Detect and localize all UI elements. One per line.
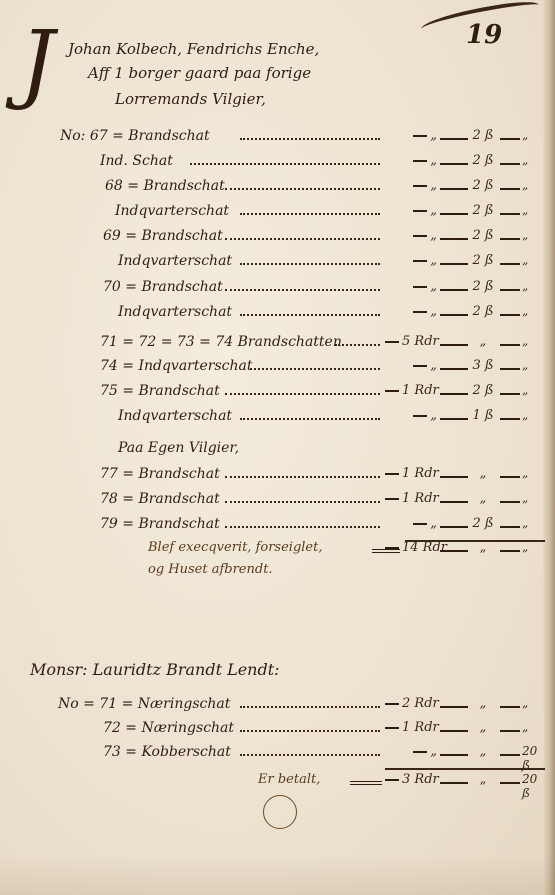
amount-rdr: 2 Rdr (385, 696, 437, 711)
dash (500, 476, 520, 478)
row-label: 75 = Brandschat (100, 383, 220, 399)
dash (500, 706, 520, 708)
leader-dots (240, 754, 380, 758)
dash (500, 188, 520, 190)
leader-dots (225, 289, 380, 293)
leader-dots (190, 163, 380, 167)
dash (440, 289, 468, 291)
amount-rdr: 1 Rdr (385, 466, 437, 481)
page-number: 19 (466, 20, 502, 50)
amount-penning: „ (522, 178, 544, 192)
section2-header: Monsr: Lauridtz Brandt Lendt: (30, 660, 280, 679)
leader-dots (240, 730, 380, 734)
ledger-row: 68 = Brandschat „ 2 ß „ (0, 178, 555, 202)
dash (440, 476, 468, 478)
dash (500, 344, 520, 346)
dash (500, 314, 520, 316)
dash (500, 730, 520, 732)
amount-rdr: „ (385, 408, 437, 423)
note-line-2: og Huset afbrendt. (148, 562, 273, 577)
ledger-row: 75 = Brandschat 1 Rdr 2 ß „ (0, 383, 555, 407)
amount-penning: „ (522, 491, 544, 505)
pen-flourish (263, 795, 297, 829)
ledger-row: Indqvarterschat „ 1 ß „ (0, 408, 555, 432)
amount-penning: „ (522, 408, 544, 422)
dash (440, 238, 468, 240)
dash (500, 782, 520, 784)
dash (440, 213, 468, 215)
leader-dots (240, 418, 380, 422)
amount-penning: „ (522, 279, 544, 293)
amount-skilling: 2 ß (470, 516, 496, 531)
amount-penning: „ (522, 153, 544, 167)
amount-rdr: „ (385, 228, 437, 243)
amount-skilling: „ (470, 491, 496, 506)
amount-penning: „ (522, 383, 544, 397)
leader-dots (250, 368, 380, 372)
dash (440, 263, 468, 265)
amount-skilling: 2 ß (470, 279, 496, 294)
dash (500, 238, 520, 240)
ledger-row: 78 = Brandschat 1 Rdr „ „ (0, 491, 555, 515)
dash (440, 368, 468, 370)
sum-rule (385, 768, 545, 770)
amount-skilling: 2 ß (470, 153, 496, 168)
amount-rdr: 1 Rdr (385, 491, 437, 506)
row-label: No: 67 = Brandschat (60, 128, 210, 144)
amount-penning: „ (522, 304, 544, 318)
dash (500, 501, 520, 503)
amount-penning: „ (522, 696, 544, 710)
amount-rdr: 1 Rdr (385, 383, 437, 398)
leader-dots (240, 213, 380, 217)
ledger-row: 72 = Næringschat 1 Rdr „ „ (0, 720, 555, 744)
amount-rdr: „ (385, 253, 437, 268)
amount-penning: „ (522, 253, 544, 267)
dash (500, 213, 520, 215)
ledger-row: No: 67 = Brandschat „ 2 ß „ (0, 128, 555, 152)
ledger-row: Indqvarterschat „ 2 ß „ (0, 304, 555, 328)
total-skilling: „ (470, 772, 496, 787)
dash (440, 314, 468, 316)
row-label: 69 = Brandschat (103, 228, 223, 244)
dash (500, 418, 520, 420)
amount-penning: „ (522, 203, 544, 217)
amount-skilling: „ (470, 696, 496, 711)
ledger-row: No = 71 = Næringschat 2 Rdr „ „ (0, 696, 555, 720)
dash (440, 188, 468, 190)
amount-rdr: 1 Rdr (385, 720, 437, 735)
amount-skilling: „ (470, 466, 496, 481)
leader-dots (225, 501, 380, 505)
dash (440, 163, 468, 165)
row-label: No = 71 = Næringschat (58, 696, 230, 712)
dash (440, 393, 468, 395)
amount-rdr: „ (385, 153, 437, 168)
total-penning: 20 ß (522, 772, 544, 800)
row-label: Indqvarterschat (118, 253, 232, 269)
double-rule (350, 781, 382, 785)
leader-dots (240, 263, 380, 267)
dash (500, 368, 520, 370)
dash (440, 706, 468, 708)
amount-rdr: „ (385, 279, 437, 294)
total-row: 14 Rdr „ „ (0, 540, 555, 564)
ledger-row: Ind. Schat „ 2 ß „ (0, 153, 555, 177)
ledger-row: 73 = Kobberschat „ „ 20 ß (0, 744, 555, 768)
ledger-row: 77 = Brandschat 1 Rdr „ „ (0, 466, 555, 490)
page-shadow (0, 855, 555, 895)
amount-penning: „ (522, 358, 544, 372)
dash (500, 550, 520, 552)
leader-dots (240, 314, 380, 318)
row-label: Indqvarterschat (118, 408, 232, 424)
row-label: 68 = Brandschat (105, 178, 225, 194)
amount-rdr: „ (385, 178, 437, 193)
dash (500, 526, 520, 528)
row-label: 71 = 72 = 73 = 74 Brandschatten (100, 334, 342, 350)
row-label: Ind. Schat (100, 153, 173, 169)
leader-dots (225, 393, 380, 397)
ledger-row: 70 = Brandschat „ 2 ß „ (0, 279, 555, 303)
amount-skilling: „ (470, 334, 496, 349)
amount-penning: „ (522, 720, 544, 734)
amount-rdr: 5 Rdr (385, 334, 437, 349)
dash (500, 263, 520, 265)
amount-rdr: „ (385, 304, 437, 319)
amount-skilling: 2 ß (470, 178, 496, 193)
row-label: 72 = Næringschat (103, 720, 234, 736)
amount-penning: „ (522, 128, 544, 142)
header-initial: J (20, 20, 54, 106)
row-label: 70 = Brandschat (103, 279, 223, 295)
total-penning: „ (522, 540, 544, 554)
leader-dots (240, 138, 380, 142)
dash (500, 754, 520, 756)
ledger-row: Indqvarterschat „ 2 ß „ (0, 253, 555, 277)
amount-skilling: 2 ß (470, 203, 496, 218)
dash (440, 501, 468, 503)
total-row: Er betalt, 3 Rdr „ 20 ß (0, 772, 555, 796)
amount-skilling: 2 ß (470, 228, 496, 243)
header-line-3: Lorremands Vilgier, (115, 90, 266, 108)
amount-skilling: 3 ß (470, 358, 496, 373)
leader-dots (225, 526, 380, 530)
amount-skilling: 2 ß (470, 383, 496, 398)
dash (500, 289, 520, 291)
row-label: Indqvarterschat (118, 304, 232, 320)
amount-skilling: 2 ß (470, 304, 496, 319)
total-skilling: „ (470, 540, 496, 555)
amount-rdr: „ (385, 516, 437, 531)
leader-dots (240, 706, 380, 710)
subheader: Paa Egen Vilgier, (118, 440, 239, 456)
dash (500, 163, 520, 165)
leader-dots (225, 476, 380, 480)
total-rdr: 14 Rdr (385, 540, 437, 555)
row-label: Indqvarterschat (115, 203, 229, 219)
dash (440, 550, 468, 552)
row-label: 78 = Brandschat (100, 491, 220, 507)
amount-penning: „ (522, 228, 544, 242)
amount-penning: „ (522, 516, 544, 530)
dash (440, 730, 468, 732)
row-label: 73 = Kobberschat (103, 744, 231, 760)
amount-penning: „ (522, 334, 544, 348)
amount-rdr: „ (385, 358, 437, 373)
leader-dots (335, 344, 380, 348)
total-label: Er betalt, (258, 772, 320, 787)
amount-skilling: 2 ß (470, 253, 496, 268)
amount-skilling: 2 ß (470, 128, 496, 143)
amount-skilling: „ (470, 720, 496, 735)
dash (440, 754, 468, 756)
total-rdr: 3 Rdr (385, 772, 437, 787)
header-line-2: Aff 1 borger gaard paa forige (88, 64, 311, 82)
dash (500, 393, 520, 395)
amount-skilling: 1 ß (470, 408, 496, 423)
ledger-row: 69 = Brandschat „ 2 ß „ (0, 228, 555, 252)
amount-rdr: „ (385, 744, 437, 759)
ledger-row: 71 = 72 = 73 = 74 Brandschatten 5 Rdr „ … (0, 334, 555, 358)
dash (440, 418, 468, 420)
leader-dots (225, 188, 380, 192)
amount-skilling: „ (470, 744, 496, 759)
dash (440, 526, 468, 528)
dash (440, 782, 468, 784)
row-label: 74 = Indqvarterschat (100, 358, 252, 374)
ledger-row: Indqvarterschat „ 2 ß „ (0, 203, 555, 227)
amount-rdr: „ (385, 203, 437, 218)
row-label: 79 = Brandschat (100, 516, 220, 532)
amount-penning: „ (522, 466, 544, 480)
ledger-row: 74 = Indqvarterschat „ 3 ß „ (0, 358, 555, 382)
leader-dots (225, 238, 380, 242)
dash (440, 344, 468, 346)
amount-rdr: „ (385, 128, 437, 143)
ledger-row: 79 = Brandschat „ 2 ß „ (0, 516, 555, 540)
header-line-1: Johan Kolbech, Fendrichs Enche, (68, 40, 319, 58)
dash (500, 138, 520, 140)
dash (440, 138, 468, 140)
row-label: 77 = Brandschat (100, 466, 220, 482)
